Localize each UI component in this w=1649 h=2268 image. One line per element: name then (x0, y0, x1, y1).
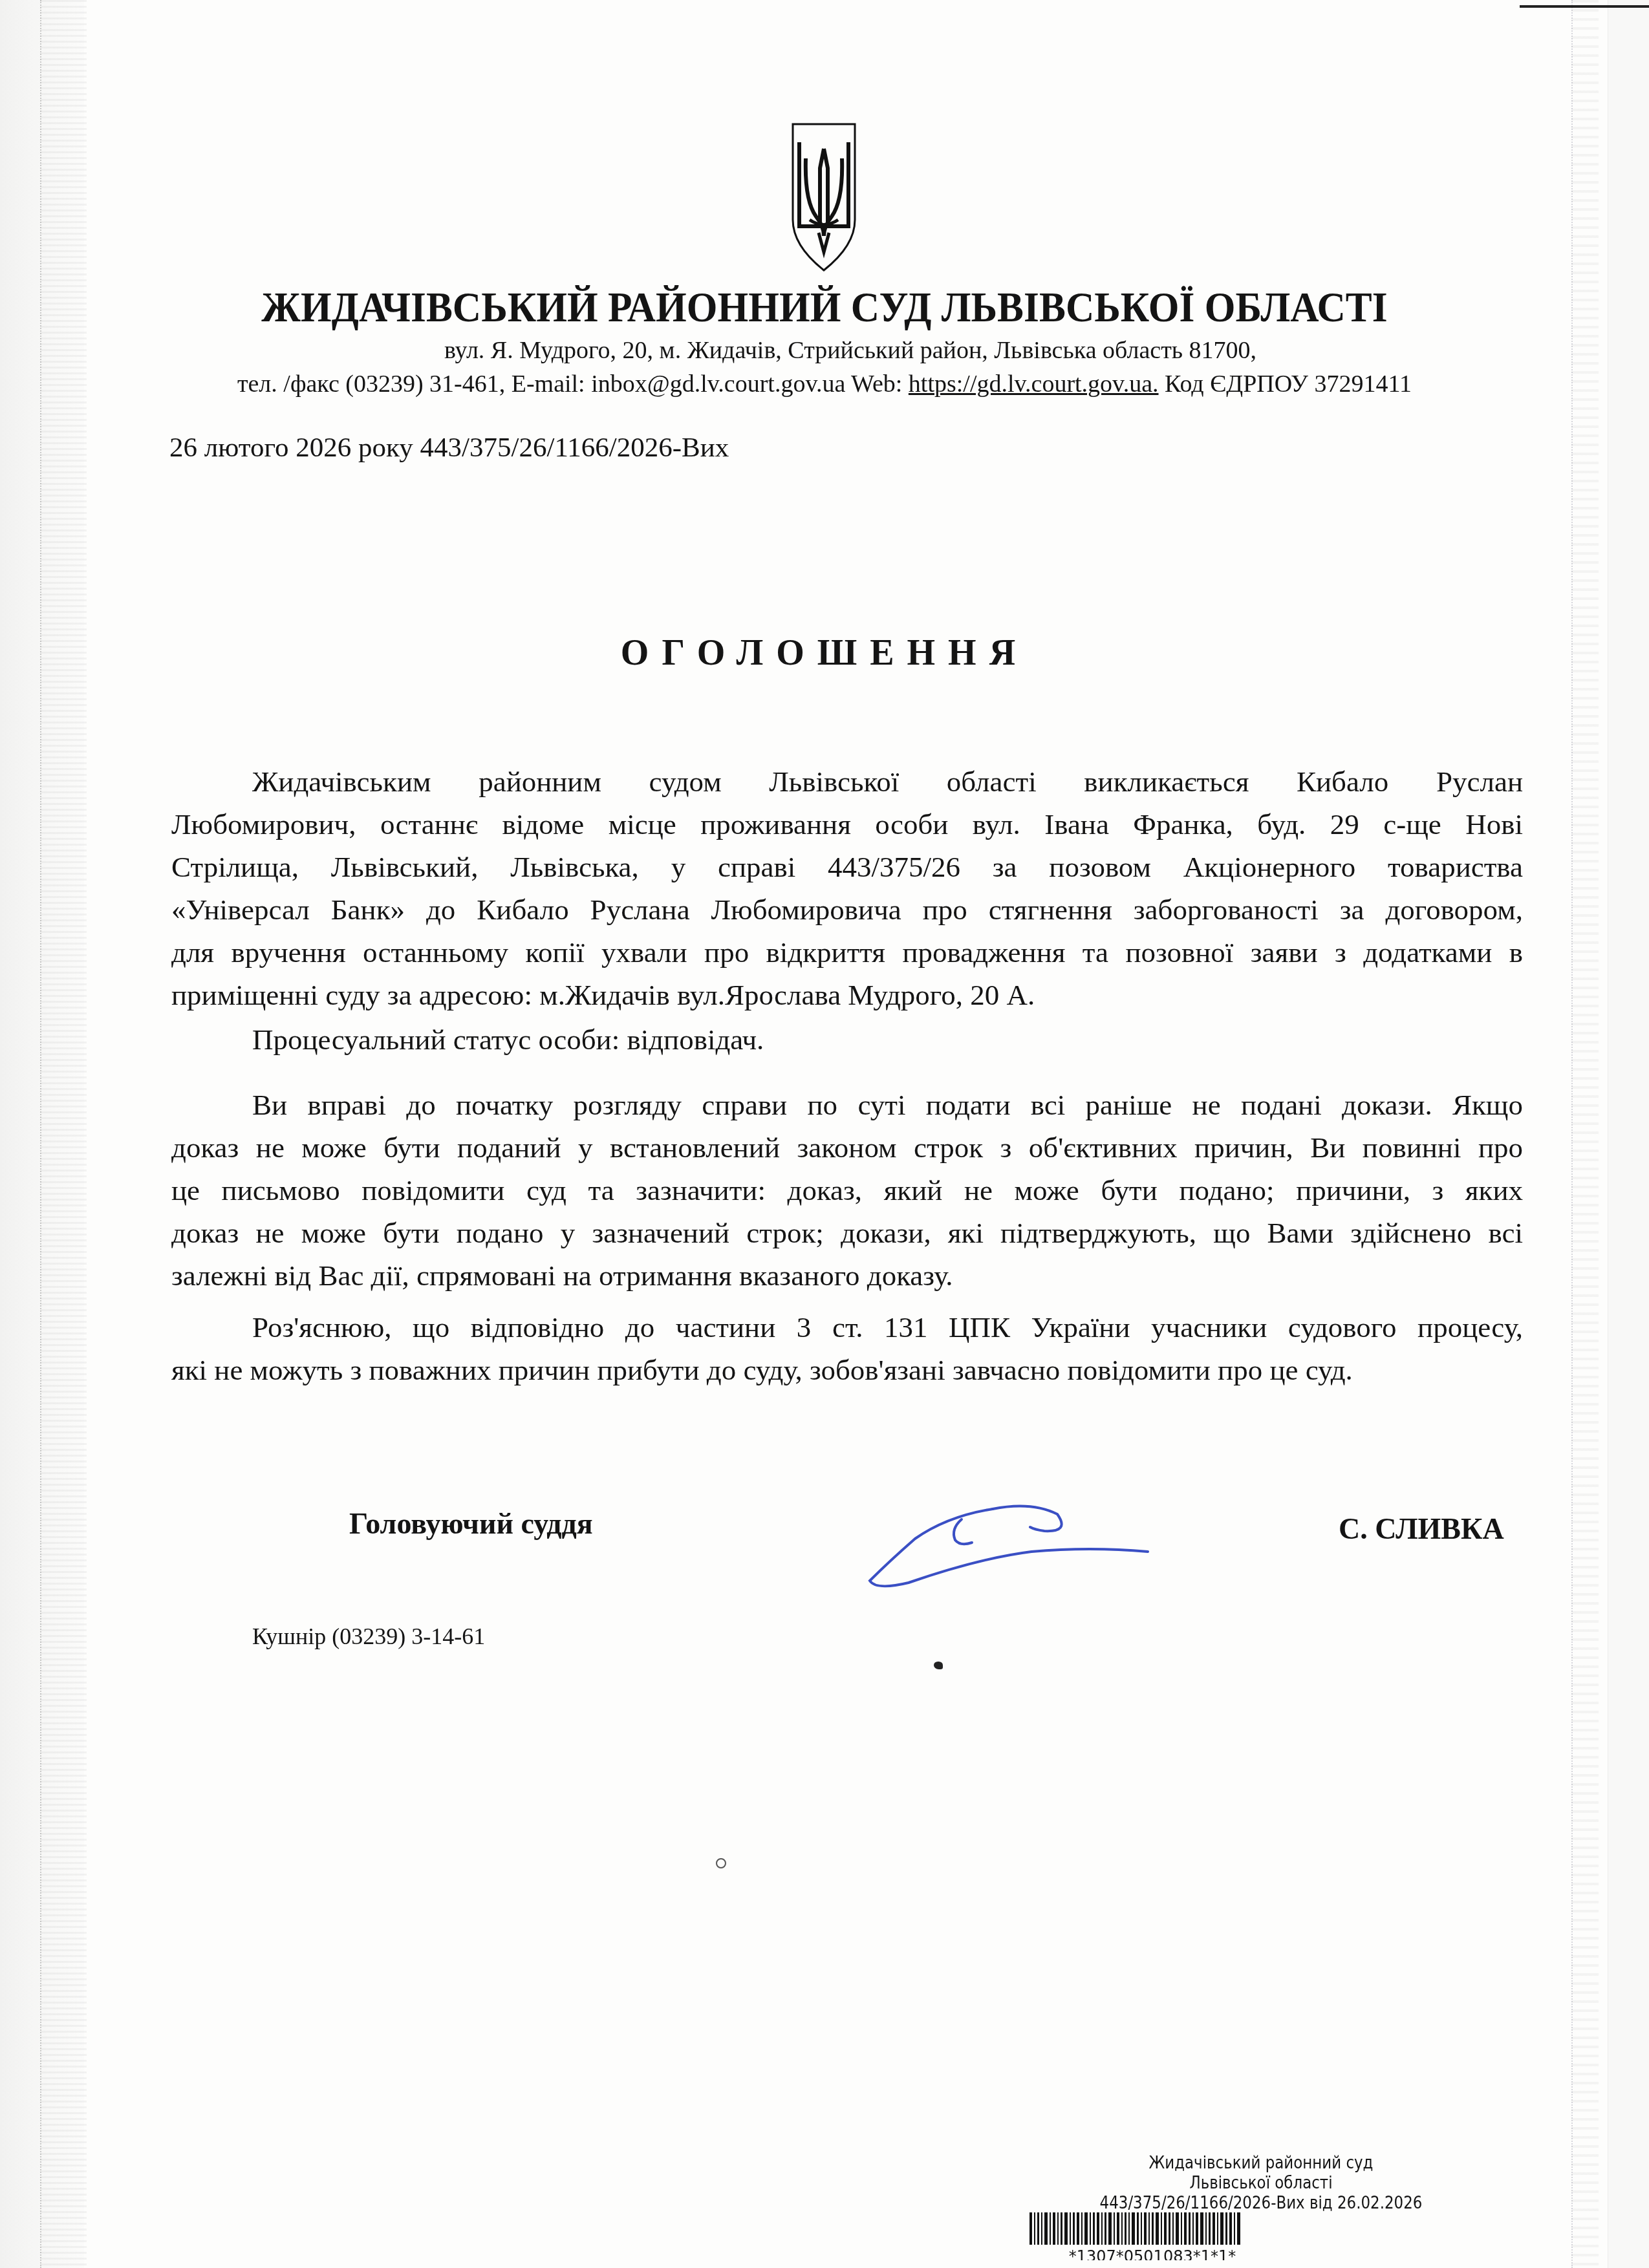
contacts-text: тел. /факс (03239) 31-461, E-mail: inbox… (237, 370, 909, 398)
signatory-name: С. СЛИВКА (1339, 1512, 1504, 1546)
court-name: ЖИДАЧІВСЬКИЙ РАЙОННИЙ СУД ЛЬВІВСЬКОЇ ОБЛ… (58, 283, 1591, 332)
text-line: доказ не може бути поданий у встановлени… (171, 1126, 1523, 1169)
executor-contact: Кушнір (03239) 3-14-61 (252, 1623, 485, 1650)
scan-shadow (1520, 5, 1649, 8)
text-line: залежні від Вас дії, спрямовані на отрим… (171, 1254, 1523, 1297)
text-line: які не можуть з поважних причин прибути … (171, 1349, 1523, 1391)
document-title: ОГОЛОШЕННЯ (0, 632, 1649, 674)
stamp-region: Львівської області (1080, 2173, 1443, 2193)
text-line: Жидачівським районним судом Львівської о… (252, 760, 1523, 803)
text-line: Любомирович, останнє відоме місце прожив… (171, 803, 1523, 846)
barcode (1029, 2212, 1275, 2245)
text-line: Ви вправі до початку розгляду справи по … (252, 1084, 1523, 1126)
paragraph-procedural-status: Процесуальний статус особи: відповідач. (252, 1018, 1523, 1061)
text-line: «Універсал Банк» до Кибало Руслана Любом… (171, 888, 1523, 931)
paragraph-evidence: Ви вправі до початку розгляду справи по … (252, 1084, 1523, 1297)
ink-blot (934, 1662, 943, 1669)
barcode-text: *1307*0501083*1*1* (1029, 2247, 1275, 2260)
edrpou-code: Код ЄДРПОУ 37291411 (1159, 370, 1412, 398)
handwritten-signature (786, 1500, 1174, 1590)
stamp-reg-number: 443/375/26/1166/2026-Вих від 26.02.2026 (1080, 2193, 1443, 2213)
document-reference: 26 лютого 2026 року 443/375/26/1166/2026… (169, 432, 729, 464)
text-line: Стрілища, Львівський, Львівська, у справ… (171, 846, 1523, 888)
website-link[interactable]: https://gd.lv.court.gov.ua. (909, 370, 1159, 398)
scan-speck (716, 1858, 726, 1868)
text-line: Процесуальний статус особи: відповідач. (252, 1018, 1523, 1061)
signatory-title: Головуючий суддя (349, 1506, 593, 1541)
text-line: приміщенні суду за адресою: м.Жидачів ву… (171, 974, 1523, 1016)
paragraph-summons: Жидачівським районним судом Львівської о… (252, 760, 1523, 1016)
registration-stamp: Жидачівський районний суд Львівської обл… (1080, 2153, 1443, 2213)
text-line: доказ не може бути подано у зазначений с… (171, 1212, 1523, 1254)
court-contacts: тел. /факс (03239) 31-461, E-mail: inbox… (0, 370, 1649, 398)
text-line: Роз'яснюю, що відповідно до частини 3 ст… (252, 1306, 1523, 1349)
text-line: це письмово повідомити суд та зазначити:… (171, 1169, 1523, 1212)
court-address: вул. Я. Мудрого, 20, м. Жидачів, Стрийсь… (26, 336, 1649, 365)
text-line: для вручення останньому копії ухвали про… (171, 931, 1523, 974)
trident-emblem-icon (790, 123, 857, 272)
stamp-court-name: Жидачівський районний суд (1080, 2153, 1443, 2173)
paragraph-clarification: Роз'яснюю, що відповідно до частини 3 ст… (252, 1306, 1523, 1391)
